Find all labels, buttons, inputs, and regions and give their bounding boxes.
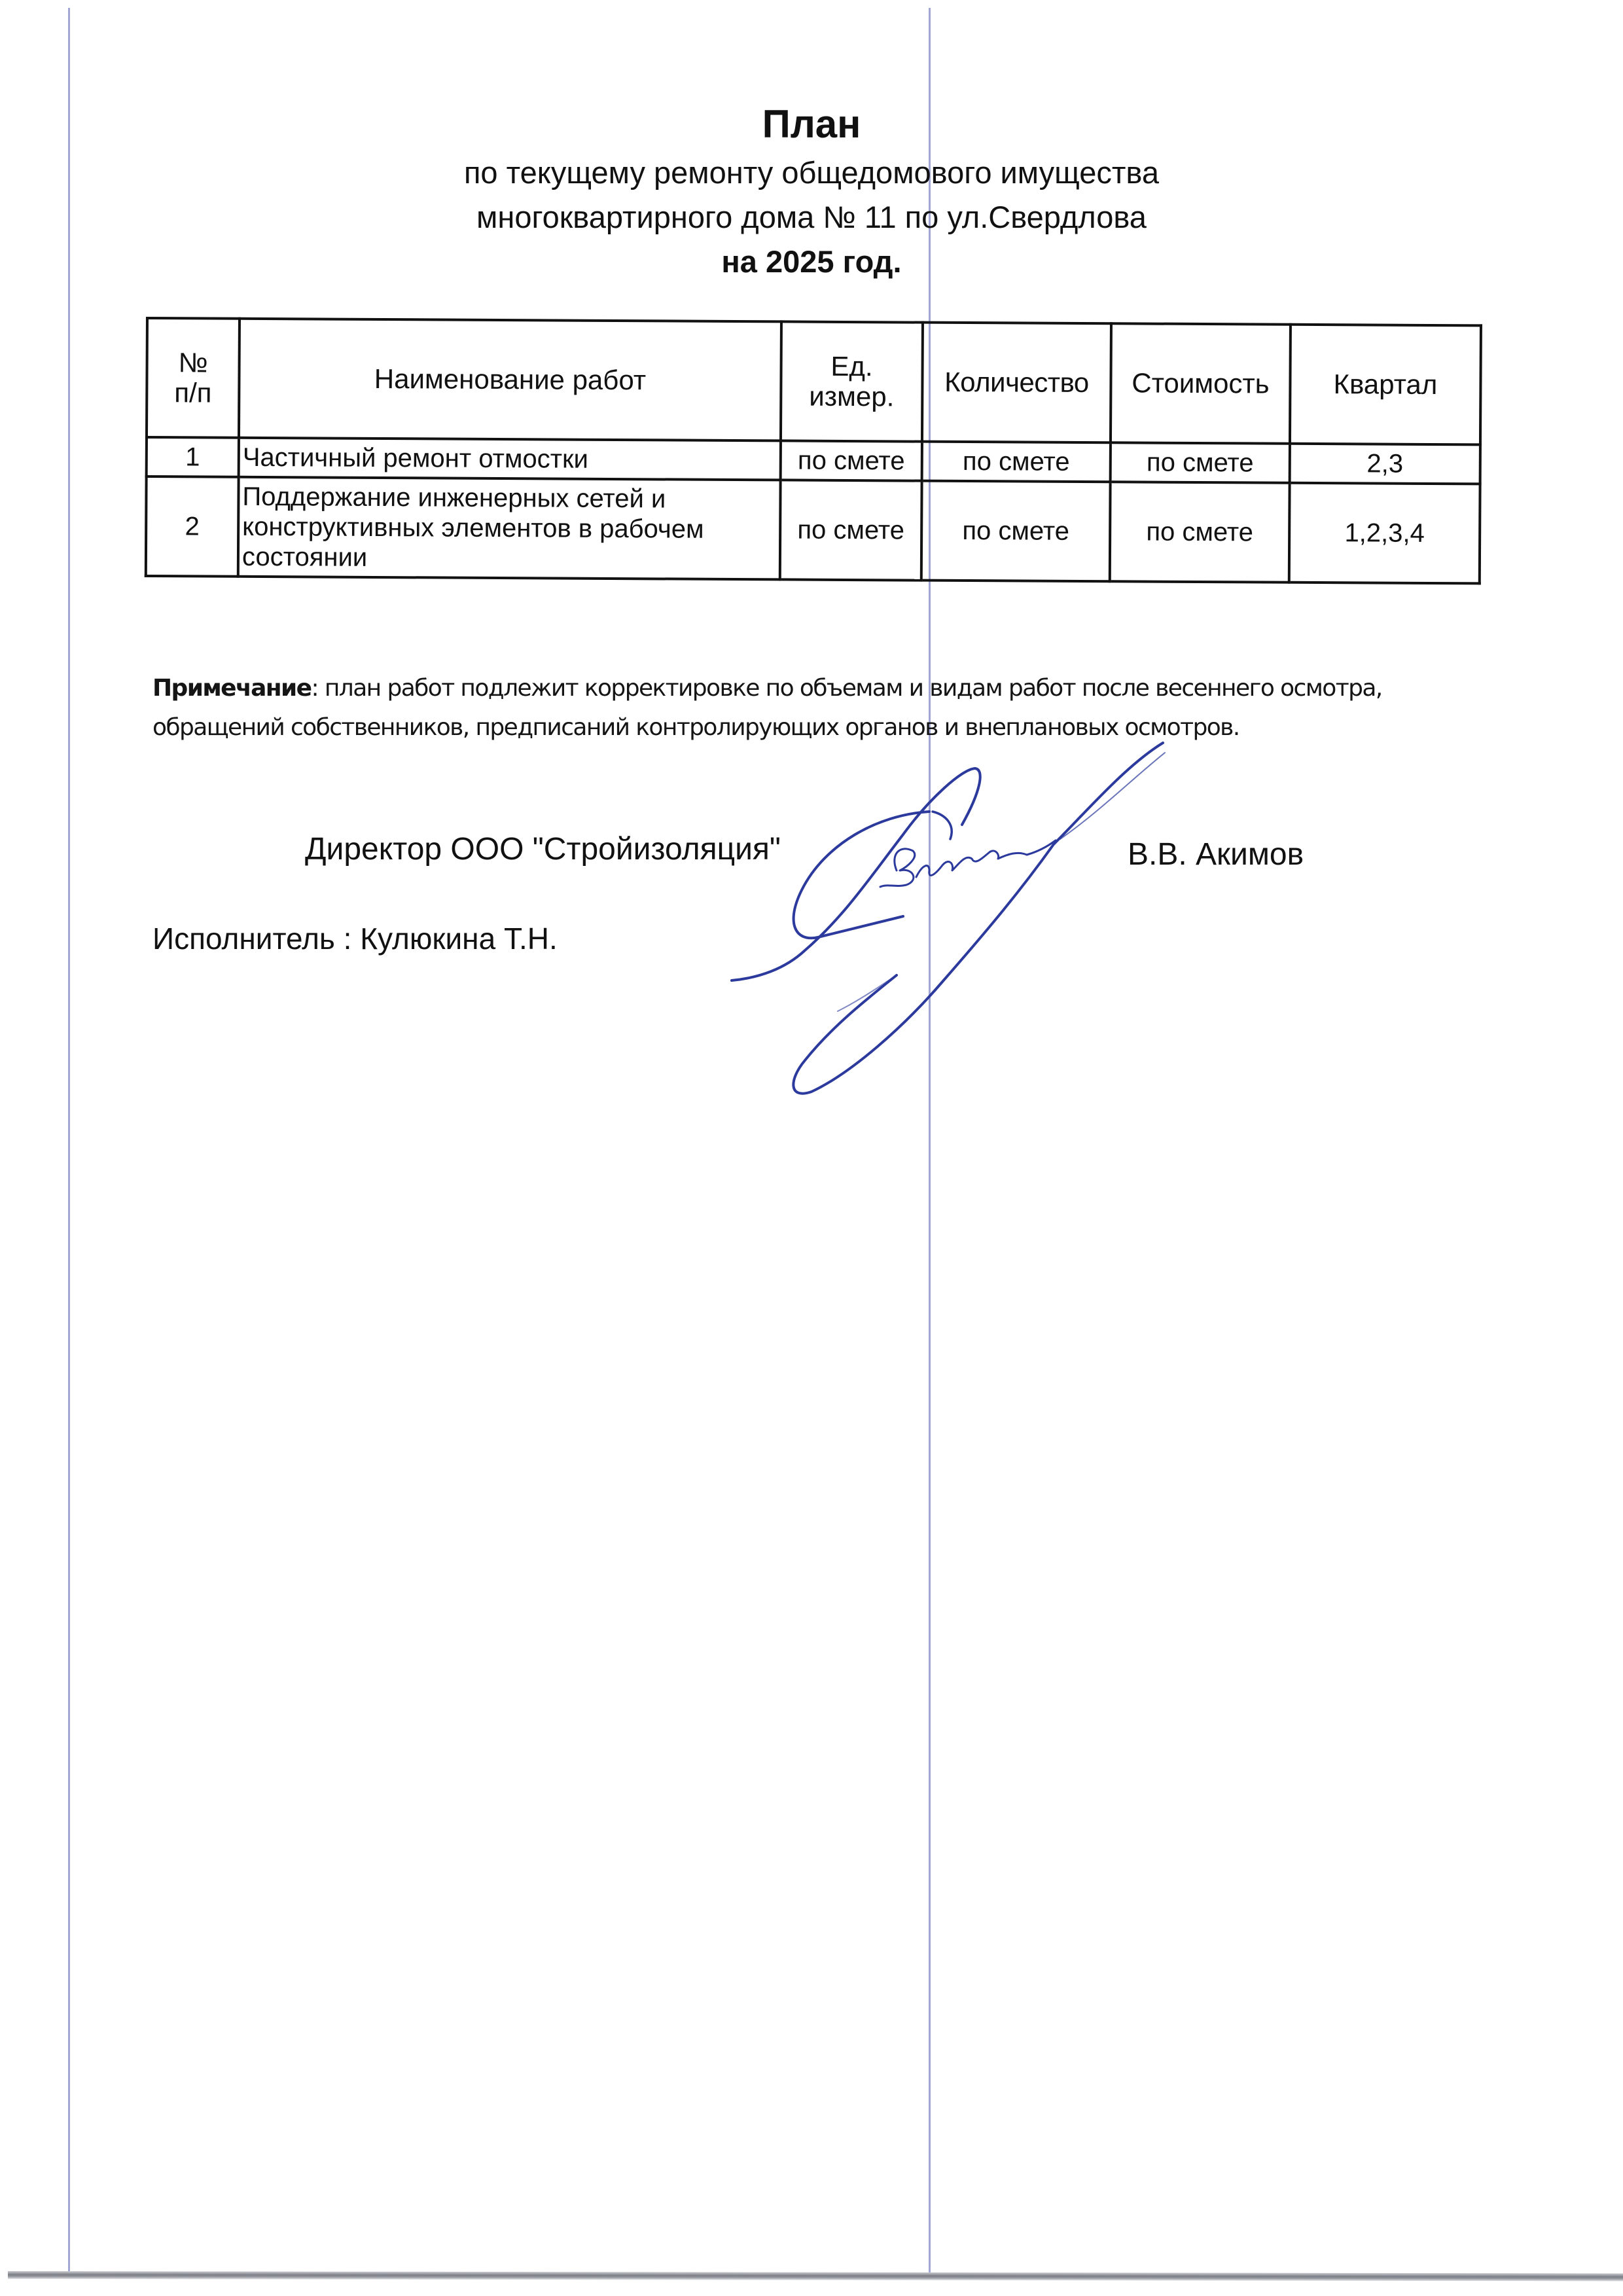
note-label: Примечание — [152, 675, 312, 702]
cell-quarter: 1,2,3,4 — [1289, 483, 1480, 584]
cell-unit: по смете — [781, 440, 922, 480]
table-row: 2 Поддержание инженерных сетей и констру… — [146, 476, 1480, 583]
title-block: План по текущему ремонту общедомового им… — [0, 98, 1623, 284]
note-text: : план работ подлежит корректировке по о… — [152, 675, 1382, 741]
header-quantity: Количество — [922, 323, 1111, 443]
cell-name: Частичный ремонт отмостки — [239, 438, 781, 480]
header-quarter: Квартал — [1290, 325, 1481, 445]
table-row: 1 Частичный ремонт отмостки по смете по … — [147, 437, 1480, 484]
signatory-position: Директор ООО "Стройизоляция" — [305, 831, 781, 868]
executor-line: Исполнитель : Кулюкина Т.Н. — [152, 920, 558, 957]
header-unit: Ед. измер. — [781, 321, 923, 441]
header-name: Наименование работ — [239, 319, 781, 441]
document-subtitle-line1: по текущему ремонту общедомового имущест… — [0, 151, 1623, 195]
document-subtitle-line2: многоквартирного дома № 11 по ул.Свердло… — [0, 195, 1623, 240]
table-header-row: № п/п Наименование работ Ед. измер. Коли… — [147, 318, 1481, 444]
cell-cost: по смете — [1111, 442, 1290, 483]
document-title: План — [0, 98, 1623, 151]
cell-name: Поддержание инженерных сетей и конструкт… — [238, 477, 781, 580]
plan-table: № п/п Наименование работ Ед. измер. Коли… — [145, 317, 1482, 584]
header-cost: Стоимость — [1111, 323, 1291, 444]
cell-unit: по смете — [780, 480, 922, 580]
header-unit-line1: Ед. — [786, 351, 917, 382]
header-num: № п/п — [147, 318, 240, 438]
cell-cost: по смете — [1110, 482, 1290, 583]
document-year: на 2025 год. — [0, 240, 1623, 284]
note-paragraph: Примечание: план работ подлежит корректи… — [152, 669, 1448, 747]
header-num-line2: п/п — [152, 378, 234, 408]
cell-quarter: 2,3 — [1290, 444, 1480, 484]
header-unit-line2: измер. — [786, 381, 917, 412]
scan-line-left — [68, 8, 70, 2272]
cell-num: 2 — [146, 476, 239, 577]
signatory-name: В.В. Акимов — [1128, 836, 1304, 873]
cell-quantity: по смете — [922, 442, 1111, 482]
cell-num: 1 — [147, 437, 239, 477]
cell-quantity: по смете — [921, 481, 1111, 582]
header-num-line1: № — [152, 348, 234, 378]
scan-page-edge — [8, 2271, 1623, 2281]
